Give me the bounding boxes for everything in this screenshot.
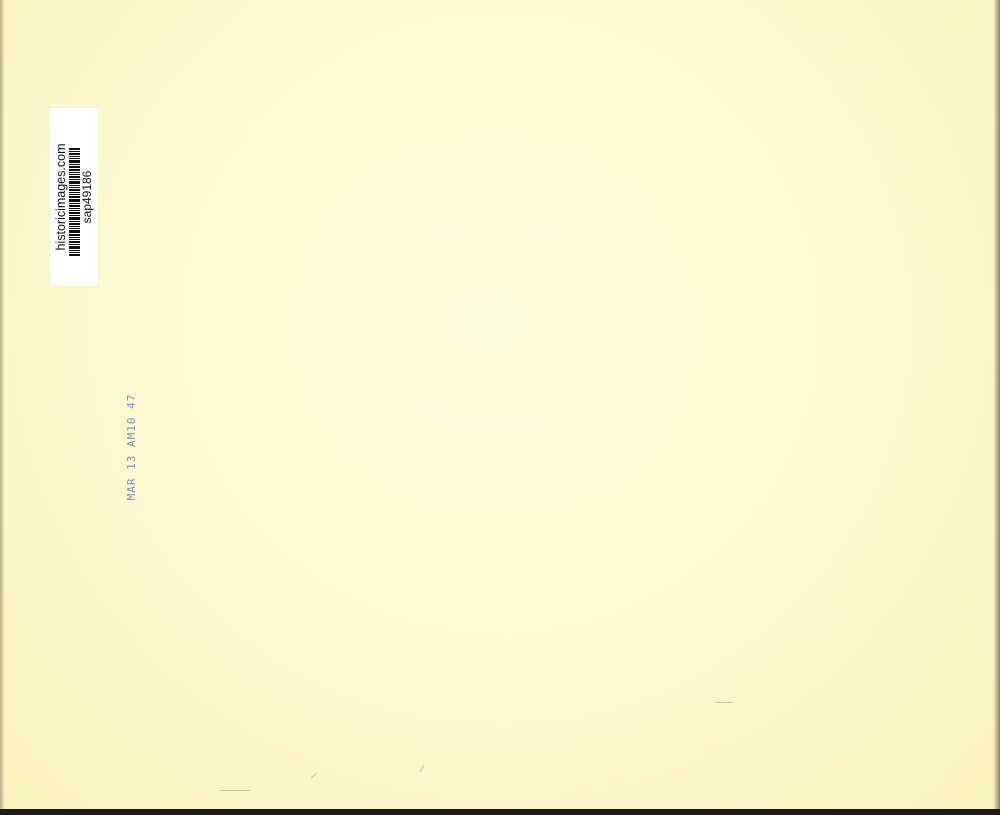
scan-edge-bottom <box>0 809 1000 815</box>
photo-back: historicimages.com sap49186 MAR 13 AM10 … <box>0 0 1000 810</box>
label-id-text: sap49186 <box>81 171 93 224</box>
pencil-mark <box>715 702 733 703</box>
pencil-mark <box>311 773 318 779</box>
barcode-label-content: historicimages.com sap49186 <box>52 112 96 282</box>
date-stamp: MAR 13 AM10 47 <box>125 387 145 507</box>
paper-edge-left <box>0 0 4 810</box>
paper-edge-right <box>994 0 1000 810</box>
pencil-mark <box>220 790 250 791</box>
label-site-text: historicimages.com <box>55 144 68 251</box>
barcode-label: historicimages.com sap49186 <box>50 108 98 286</box>
barcode-icon <box>69 138 80 256</box>
pencil-mark <box>420 765 425 772</box>
